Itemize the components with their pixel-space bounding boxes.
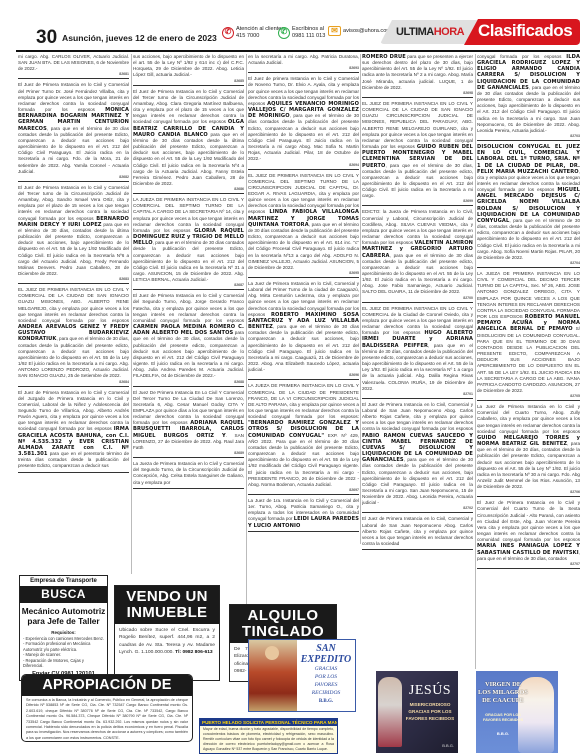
- phone-icon: ✆: [222, 27, 234, 39]
- legal-notice: El Juez de Primera Instancia en lo Civil…: [18, 82, 129, 181]
- legal-notice: conyugal formada por los esposos ILDA GR…: [477, 54, 580, 141]
- legal-notice: El Juez de Primera Instancia en lo Civil…: [362, 516, 473, 550]
- notice-code: 82683: [18, 277, 129, 281]
- sale-ad-inmueble: VENDO UN INMUEBLE Ubicado sobre Sucre e/…: [114, 585, 220, 681]
- whatsapp-icon: ✆: [278, 27, 290, 39]
- saint-image: [249, 640, 297, 711]
- contact-phone: ✆ Atención al cliente:415 7000: [222, 26, 283, 39]
- legal-notice: El Juez de primera Instancia en lo Civil…: [248, 76, 359, 169]
- job-ad-body: Mayor de edad, buena dicción y trato agr…: [200, 726, 337, 753]
- sale-ad-body: Ubicado sobre Sucre e/ Cnel. Escurra y R…: [115, 624, 219, 660]
- legal-notice: mi cargo. Abg. CARLOS OLIVER, Actuario J…: [18, 54, 129, 79]
- thanks-ad-san-expedito: SAN EXPEDITO GRACIAS POR LOS FAVORES REC…: [248, 639, 356, 712]
- legal-notice: El Juez de Primera Instancia en lo Civil…: [18, 390, 129, 473]
- thanks-ad-virgen-caacupe: VIRGEN DE LOS MILAGROS DE CAACUPE GRACIA…: [476, 671, 558, 753]
- legal-notice: El Juez De Primera Instancia En Lo Civil…: [133, 390, 244, 459]
- page-date: Asunción, jueves 12 de enero de 2023: [62, 33, 217, 43]
- legal-notice: EL JUEZ DE PRIMERA INSTANCIA EN LO CIVIL…: [362, 101, 473, 207]
- thanks-ad-title: JESÚS: [402, 683, 458, 699]
- job-ad-requirements: - Experiencia con camiones Mercedes Benz…: [20, 635, 107, 669]
- job-ad-title: BUSCA: [20, 586, 107, 603]
- notice-code: 82699: [362, 199, 473, 203]
- column-1: mi cargo. Abg. CARLOS OLIVER, Actuario J…: [18, 54, 129, 574]
- thanks-ad-jesus: JESÚS MISERICORDIOSOGRACIAS POR LOSFAVOR…: [376, 671, 458, 753]
- legal-notice: LA JUEZA DE PRIMERA INSTANCIA EN LO CIVI…: [477, 271, 580, 401]
- jesus-image: [378, 677, 402, 747]
- legal-notice: sus acciones, bajo apercibimiento de lo …: [133, 54, 244, 86]
- notice-code: 82700: [362, 296, 473, 300]
- notice-code: 82702: [362, 506, 473, 510]
- notice-code: 82686: [133, 187, 244, 191]
- section-title: Clasificados: [478, 21, 572, 41]
- notice-code: 82706: [477, 490, 580, 494]
- notice-code: 82684: [18, 380, 129, 384]
- notice-apropiacion-cheques: APROPIACIÓN DE CHEQUES Se comunica a la …: [21, 674, 193, 742]
- sale-ad-phone: Tl: 0982 806-613: [175, 650, 213, 655]
- thanks-ad-title: SAN EXPEDITO: [297, 643, 355, 665]
- notice-code: 82704: [477, 261, 580, 265]
- legal-notice: El Juez de Primera Instancia en lo Civil…: [133, 89, 244, 195]
- notice-code: 82705: [477, 394, 580, 398]
- legal-notice: en la secretaría a mi cargo. Abg. Patric…: [248, 54, 359, 73]
- legal-notice: La Juez de Primera Instancia en lo Civil…: [248, 281, 359, 380]
- legal-notice: LA JUEZA DE PRIMERA INSTANCIA EN LO CIVI…: [133, 197, 244, 290]
- notice-code: 82698: [362, 91, 473, 95]
- legal-notice: El Juez de Primera Instancia en lo Civil…: [477, 500, 580, 569]
- legal-notice: El Juez de Primera Instancia en lo Civil…: [133, 293, 244, 386]
- sale-ad-title: VENDO UN INMUEBLE: [115, 586, 219, 624]
- notice-code: 82687: [133, 283, 244, 287]
- legal-notice: La Jueza de Primera Instancia en lo Civi…: [133, 461, 244, 489]
- notice-code: 82701: [362, 392, 473, 396]
- column-divider: [246, 54, 247, 634]
- legal-notice: El Juez de Primera Instancia en lo Civil…: [18, 185, 129, 284]
- legal-notice: El Juez de Primera Instancia en lo Civil…: [362, 402, 473, 514]
- contact-whatsapp: ✆ Escríbinos al0981 111 013: [278, 26, 325, 39]
- column-divider: [131, 54, 132, 574]
- notice-code: 82694: [248, 163, 359, 167]
- column-divider: [360, 54, 361, 544]
- column-4: en la secretaría a mi cargo. Abg. Patric…: [248, 54, 359, 639]
- column-divider: [475, 54, 476, 669]
- notice-title: APROPIACIÓN DE CHEQUES: [22, 675, 192, 696]
- notice-code: 82695: [248, 271, 359, 275]
- page-number: 30: [36, 27, 57, 49]
- column-5: conyugal formada por los esposos ILDA GR…: [477, 54, 580, 671]
- notice-code: 82696: [248, 373, 359, 377]
- job-ad-title: PUERTO HELADO SOLICITA PERSONAL TÉCNICO …: [200, 719, 337, 726]
- legal-notice: EL JUEZ DE PRIMERA INSTANCIA EN LO CIVIL…: [18, 287, 129, 386]
- legal-notice: La Juez de 1ra. Instancia en lo Civil y …: [248, 498, 359, 532]
- job-ad-puerto-helado: PUERTO HELADO SOLICITA PERSONAL TÉCNICO …: [199, 718, 338, 754]
- column-2: sus acciones, bajo apercibimiento de lo …: [133, 54, 244, 584]
- thanks-ad-title: VIRGEN DE LOS MILAGROS DE CAACUPE: [478, 681, 528, 705]
- notice-code: 82707: [477, 562, 580, 566]
- column-5: ROMERO DRUE para que se presenten a ejer…: [362, 54, 473, 670]
- notice-code: 82685: [133, 79, 244, 83]
- job-ad-headline: Mecánico Automotriz para Jefe de Taller: [20, 606, 107, 626]
- legal-notice: EL JUEZ DE PRIMERA INSTANCIA EN LO CIVIL…: [362, 306, 473, 399]
- job-ad-company: Empresa de Transporte Público: [20, 576, 107, 586]
- notice-code: 82689: [133, 451, 244, 455]
- header-rule: [16, 50, 580, 52]
- legal-notice: EDICTO: la Jueza de Primera Instancia en…: [362, 209, 473, 302]
- legal-notice: ROMERO DRUE para que se presenten a ejer…: [362, 54, 473, 98]
- notice-code: 82682: [18, 175, 129, 179]
- legal-notice: LA JUEZA DE PRIMERA INSTANCIA EN LO CIVI…: [248, 383, 359, 495]
- notice-code: 82681: [18, 72, 129, 76]
- notice-body: Se comunica a la Banca, la Industria y a…: [22, 696, 192, 742]
- legal-notice: DISOLUCION CONYUGAL EL JUEZ EN LO CIVIL,…: [477, 144, 580, 268]
- legal-notice: EL JUEZ DE PRIMERA INSTANCIA EN LO CIVIL…: [248, 173, 359, 279]
- notice-code: 82697: [248, 488, 359, 492]
- notice-code: 82693: [248, 66, 359, 70]
- notice-code: 82703: [477, 134, 580, 138]
- legal-notice: La Juez de Primera Instancia en lo Civil…: [477, 404, 580, 497]
- page-header: 30 Asunción, jueves 12 de enero de 2023 …: [0, 0, 580, 54]
- notice-code: 82688: [133, 380, 244, 384]
- mail-icon: ✉: [328, 26, 341, 36]
- job-ad-busca: Empresa de Transporte Público BUSCA Mecá…: [19, 575, 108, 681]
- brand-logo: ULTIMAHORA: [396, 26, 464, 38]
- rent-ad-title: ALQUILO TINGLADO: [230, 605, 336, 643]
